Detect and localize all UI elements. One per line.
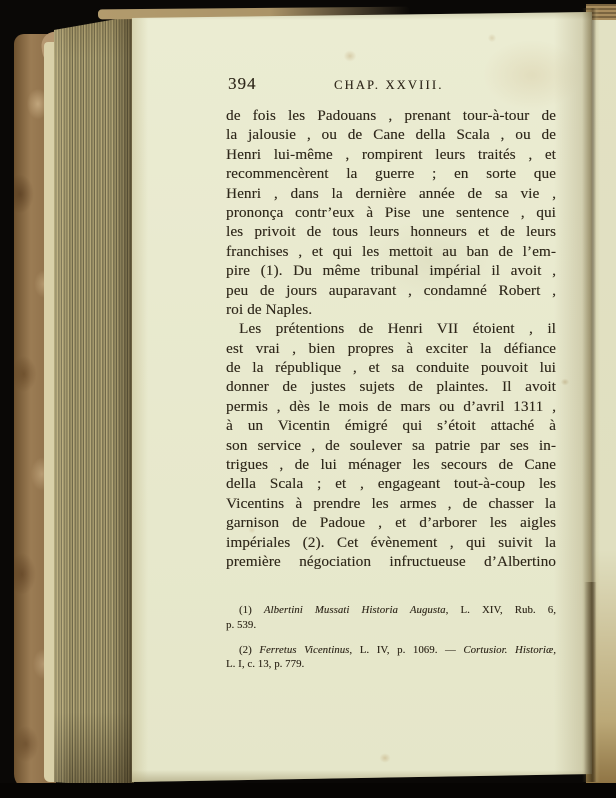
text-line: peu de jours auparavant , condamné Rober… (226, 281, 556, 300)
footnote-marker: (2) (239, 644, 259, 656)
footnote-line: (1) Albertini Mussati Historia Augusta, … (226, 603, 556, 618)
text-line: franchises , et qui les mettoit au ban d… (226, 242, 556, 261)
text-line: roi de Naples. (226, 300, 556, 319)
footnote-title: Cortusior. Historiæ, (463, 644, 556, 656)
page-header: 394 CHAP. XXVIII. (226, 74, 556, 96)
footnote-marker: (1) (239, 604, 264, 616)
text-line: permis , dès le mois de mars ou d’avril … (226, 397, 556, 416)
page-number: 394 (228, 74, 257, 94)
text-line: la jalousie , ou de Cane della Scala , o… (226, 125, 556, 144)
footnote-line: p. 539. (226, 618, 556, 633)
text-line: les privoit de tous leurs honneurs et de… (226, 222, 556, 241)
text-line: Vicentins à prendre les armes , de chass… (226, 494, 556, 513)
book-page: 394 CHAP. XXVIII. de fois les Padouans ,… (132, 10, 592, 782)
page-fore-edges (54, 12, 134, 790)
text-line: de fois les Padouans , prenant tour-à-to… (226, 106, 556, 125)
text-line: est vrai , bien propres à exciter la déf… (226, 339, 556, 358)
text-line: de la république , et sa conduite pouvoi… (226, 358, 556, 377)
text-line: impériales (2). Cet évènement , qui suiv… (226, 533, 556, 552)
text-line: prononça contr’eux à Pise une sentence ,… (226, 203, 556, 222)
backdrop-bottom (0, 783, 616, 798)
photographed-open-book: 394 CHAP. XXVIII. de fois les Padouans ,… (0, 0, 616, 798)
running-title: CHAP. XXVIII. (334, 78, 444, 93)
text-line: Henri lui-même , rompirent leurs traités… (226, 145, 556, 164)
footnote-ref: , L. IV, p. 1069. — (349, 644, 463, 656)
footnote-1: (1) Albertini Mussati Historia Augusta, … (226, 603, 556, 632)
text-line: garnison de Padoue , et d’arborer les ai… (226, 513, 556, 532)
text-line: à un Vicentin émigré qui s’étoit attaché… (226, 416, 556, 435)
footnote-line: (2) Ferretus Vicentinus, L. IV, p. 1069.… (226, 643, 556, 658)
text-line: son service , de soulever sa patrie par … (226, 436, 556, 455)
footnote-2: (2) Ferretus Vicentinus, L. IV, p. 1069.… (226, 643, 556, 672)
text-line: donner de justes sujets de plaintes. Il … (226, 377, 556, 396)
text-line: Les prétentions de Henri VII étoient , i… (226, 319, 556, 338)
text-line: pire (1). Du même tribunal impérial il a… (226, 261, 556, 280)
footnote-title: Ferretus Vicentinus (259, 644, 349, 656)
text-column: 394 CHAP. XXVIII. de fois les Padouans ,… (226, 10, 556, 672)
body-text: de fois les Padouans , prenant tour-à-to… (226, 106, 556, 571)
gutter-crease (582, 8, 600, 782)
footnote-line: L. I, c. 13, p. 779. (226, 657, 556, 672)
footnote-ref: , L. XIV, Rub. 6, (446, 604, 556, 616)
text-line: recommencèrent la guerre ; en sorte que (226, 164, 556, 183)
text-line: première négociation infructueuse d’Albe… (226, 552, 556, 571)
text-line: della Scala ; et , engageant tout-à-coup… (226, 474, 556, 493)
text-line: Henri , dans la dernière année de sa vie… (226, 184, 556, 203)
text-line: trigues , de lui ménager les secours de … (226, 455, 556, 474)
footnote-title: Albertini Mussati Historia Augusta (264, 604, 446, 616)
